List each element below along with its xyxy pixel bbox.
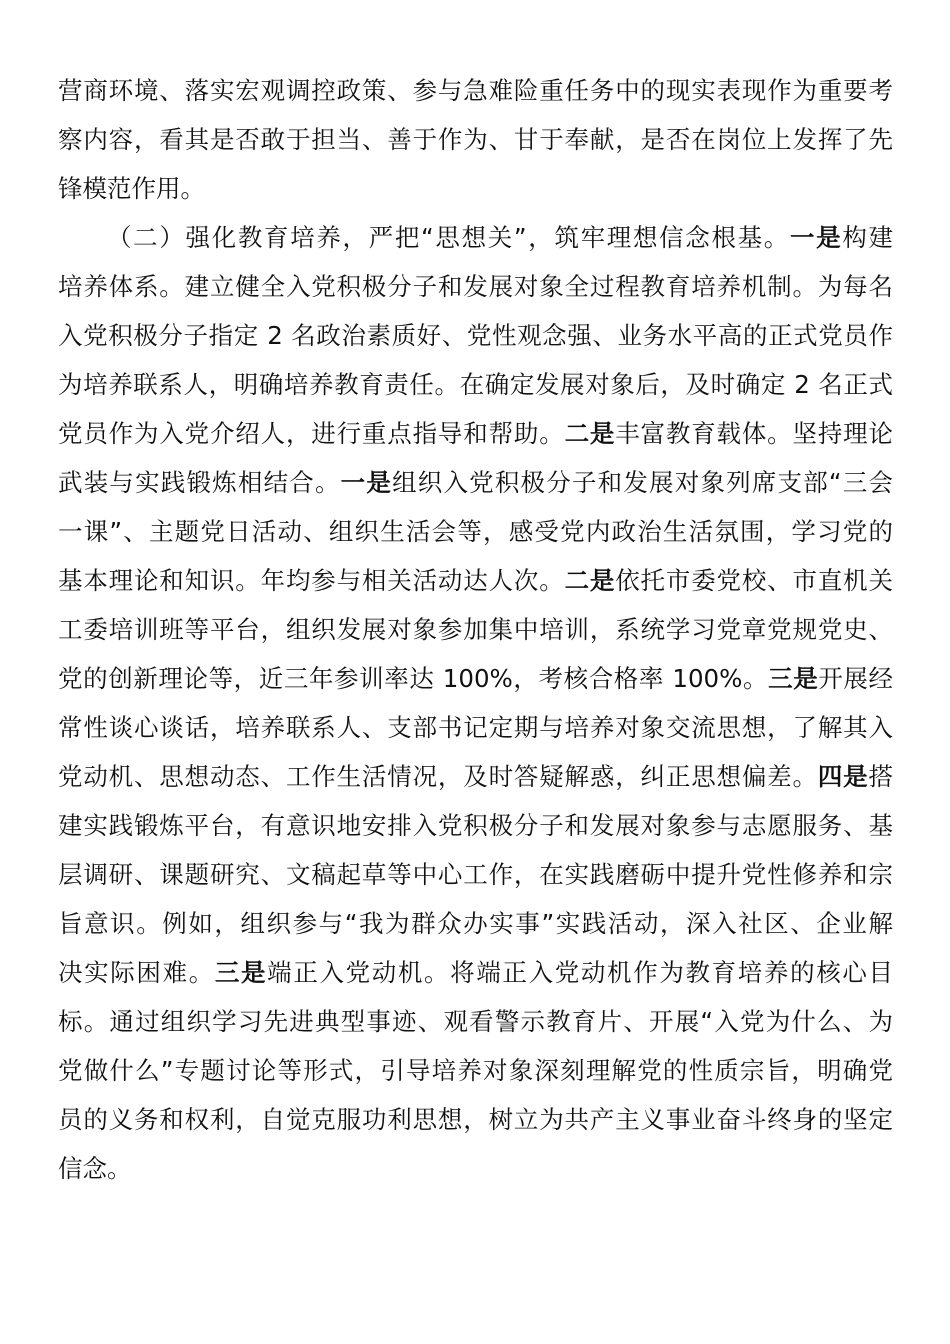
text-line: 员的义务和权利，自觉克服功利思想，树立为共产主义事业奋斗终身的坚定	[58, 1095, 893, 1144]
text-line: 营商环境、落实宏观调控政策、参与急难险重任务中的现实表现作为重要考	[58, 66, 893, 115]
bold-lead-phrase: 一是	[790, 223, 842, 252]
text-segment: 决实际困难。	[58, 958, 215, 987]
text-segment: 组织入党积极分子和发展对象列席支部“三会	[392, 468, 893, 497]
text-line: 基本理论和知识。年均参与相关活动达人次。二是依托市委党校、市直机关	[58, 556, 893, 605]
text-segment: 开展经	[818, 664, 893, 693]
text-segment: 构建	[842, 223, 893, 252]
text-segment: 入党积极分子指定 2 名政治素质好、党性观念强、业务水平高的正式党员作	[58, 321, 893, 350]
text-line: 党做什么”专题讨论等形式，引导培养对象深刻理解党的性质宗旨，明确党	[58, 1046, 893, 1095]
text-segment: 党的创新理论等，近三年参训率达 100%，考核合格率 100%。	[58, 664, 768, 693]
text-segment: 党动机、思想动态、工作生活情况，及时答疑解惑，纠正思想偏差。	[58, 762, 818, 791]
text-line: 党动机、思想动态、工作生活情况，及时答疑解惑，纠正思想偏差。四是搭	[58, 752, 893, 801]
text-line: 旨意识。例如，组织参与“我为群众办实事”实践活动，深入社区、企业解	[58, 899, 893, 948]
text-line: 为培养联系人，明确培养教育责任。在确定发展对象后，及时确定 2 名正式	[58, 360, 893, 409]
text-segment: 依托市委党校、市直机关	[615, 566, 893, 595]
text-segment: 丰富教育载体。坚持理论	[615, 419, 893, 448]
text-line: 工委培训班等平台，组织发展对象参加集中培训，系统学习党章党规党史、	[58, 605, 893, 654]
text-line: 信念。	[58, 1144, 893, 1193]
bold-lead-phrase: 四是	[818, 762, 869, 791]
document-page: 营商环境、落实宏观调控政策、参与急难险重任务中的现实表现作为重要考察内容，看其是…	[58, 66, 893, 1193]
text-segment: 搭	[869, 762, 894, 791]
paragraph-p1: 营商环境、落实宏观调控政策、参与急难险重任务中的现实表现作为重要考察内容，看其是…	[58, 66, 893, 213]
text-line: 武装与实践锻炼相结合。一是组织入党积极分子和发展对象列席支部“三会	[58, 458, 893, 507]
text-line: 层调研、课题研究、文稿起草等中心工作，在实践磨砺中提升党性修养和宗	[58, 850, 893, 899]
text-line: 常性谈心谈话，培养联系人、支部书记定期与培养对象交流思想，了解其入	[58, 703, 893, 752]
text-line: 入党积极分子指定 2 名政治素质好、党性观念强、业务水平高的正式党员作	[58, 311, 893, 360]
text-line: 培养体系。建立健全入党积极分子和发展对象全过程教育培养机制。为每名	[58, 262, 893, 311]
text-segment: 端正入党动机。将端正入党动机作为教育培养的核心目	[267, 958, 893, 987]
text-line: 党的创新理论等，近三年参训率达 100%，考核合格率 100%。三是开展经	[58, 654, 893, 703]
text-segment: 察内容，看其是否敢于担当、善于作为、甘于奉献，是否在岗位上发挥了先	[58, 125, 893, 154]
text-segment: 党做什么”专题讨论等形式，引导培养对象深刻理解党的性质宗旨，明确党	[58, 1056, 893, 1085]
text-segment: 员的义务和权利，自觉克服功利思想，树立为共产主义事业奋斗终身的坚定	[58, 1105, 893, 1134]
bold-lead-phrase: 二是	[565, 419, 616, 448]
bold-lead-phrase: 二是	[565, 566, 616, 595]
text-line: （二）强化教育培养，严把“思想关”，筑牢理想信念根基。一是构建	[58, 213, 893, 262]
text-segment: 常性谈心谈话，培养联系人、支部书记定期与培养对象交流思想，了解其入	[58, 713, 893, 742]
text-segment: 为培养联系人，明确培养教育责任。在确定发展对象后，及时确定 2 名正式	[58, 370, 893, 399]
text-segment: 武装与实践锻炼相结合。	[58, 468, 341, 497]
text-segment: 层调研、课题研究、文稿起草等中心工作，在实践磨砺中提升党性修养和宗	[58, 860, 893, 889]
text-segment: 旨意识。例如，组织参与“我为群众办实事”实践活动，深入社区、企业解	[58, 909, 893, 938]
text-segment: 工委培训班等平台，组织发展对象参加集中培训，系统学习党章党规党史、	[58, 615, 893, 644]
text-segment: 信念。	[58, 1154, 132, 1183]
text-segment: 营商环境、落实宏观调控政策、参与急难险重任务中的现实表现作为重要考	[58, 76, 893, 105]
paragraph-p2: （二）强化教育培养，严把“思想关”，筑牢理想信念根基。一是构建培养体系。建立健全…	[58, 213, 893, 1193]
text-line: 党员作为入党介绍人，进行重点指导和帮助。二是丰富教育载体。坚持理论	[58, 409, 893, 458]
text-segment: 一课”、主题党日活动、组织生活会等，感受党内政治生活氛围，学习党的	[58, 517, 893, 546]
bold-lead-phrase: 三是	[768, 664, 818, 693]
text-segment: 党员作为入党介绍人，进行重点指导和帮助。	[58, 419, 565, 448]
text-line: 标。通过组织学习先进典型事迹、观看警示教育片、开展“入党为什么、为	[58, 997, 893, 1046]
text-segment: 锋模范作用。	[58, 174, 205, 203]
text-line: 一课”、主题党日活动、组织生活会等，感受党内政治生活氛围，学习党的	[58, 507, 893, 556]
text-line: 锋模范作用。	[58, 164, 893, 213]
text-segment: 建实践锻炼平台，有意识地安排入党积极分子和发展对象参与志愿服务、基	[58, 811, 893, 840]
bold-lead-phrase: 一是	[341, 468, 392, 497]
text-line: 察内容，看其是否敢于担当、善于作为、甘于奉献，是否在岗位上发挥了先	[58, 115, 893, 164]
text-segment: 基本理论和知识。年均参与相关活动达人次。	[58, 566, 565, 595]
text-segment: （二）强化教育培养，严把“思想关”，筑牢理想信念根基。	[107, 223, 790, 252]
text-segment: 培养体系。建立健全入党积极分子和发展对象全过程教育培养机制。为每名	[58, 272, 893, 301]
text-line: 决实际困难。三是端正入党动机。将端正入党动机作为教育培养的核心目	[58, 948, 893, 997]
bold-lead-phrase: 三是	[215, 958, 267, 987]
text-line: 建实践锻炼平台，有意识地安排入党积极分子和发展对象参与志愿服务、基	[58, 801, 893, 850]
text-segment: 标。通过组织学习先进典型事迹、观看警示教育片、开展“入党为什么、为	[58, 1007, 893, 1036]
